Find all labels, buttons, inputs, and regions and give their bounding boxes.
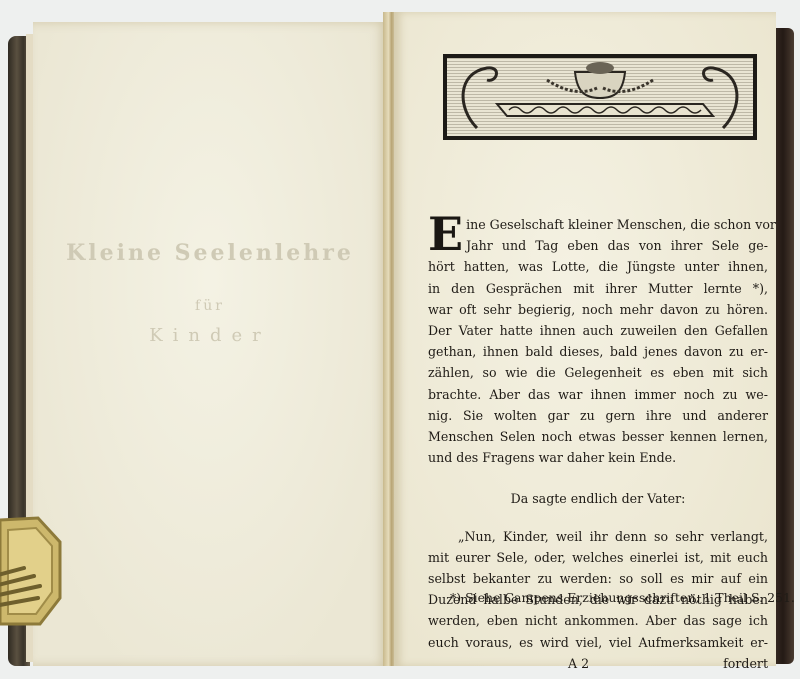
text-line: Jahr und Tag eben das von ihrer Sele ge- (428, 235, 768, 256)
signature-row: A 2 fordert (428, 653, 768, 674)
urn-icon (447, 58, 753, 136)
brass-clip-icon (0, 512, 66, 630)
text-line: war oft sehr begierig, noch mehr davon z… (428, 299, 768, 320)
text-line: ine Geselschaft kleiner Menschen, die sc… (428, 214, 768, 235)
centered-line: Da sagte endlich der Vater: (428, 488, 768, 509)
drop-cap: E (428, 214, 463, 254)
text-line: zählen, so wie die Gelegenheit es eben m… (428, 362, 768, 383)
text-line: Menschen Selen noch etwas besser kennen … (428, 426, 768, 447)
text-line: gethan, ihnen bald dieses, bald jenes da… (428, 341, 768, 362)
quote-line: werden, eben nicht ankommen. Aber das sa… (428, 610, 768, 631)
signature-mark: A 2 (568, 653, 589, 674)
text-line: hört hatten, was Lotte, die Jüngste unte… (428, 256, 768, 277)
text-line: nig. Sie wolten gar zu gern ihre und and… (428, 405, 768, 426)
catchword: fordert (723, 653, 768, 674)
quote-line: „Nun, Kinder, weil ihr denn so sehr verl… (428, 526, 768, 547)
ornamental-urn-vignette (443, 54, 757, 140)
footnote: *) Siehe Campens Erziehungsschriften, 1 … (450, 590, 795, 605)
text-line: und des Fragens war daher kein Ende. (428, 447, 768, 468)
text-line: brachte. Aber das war ihnen immer noch z… (428, 384, 768, 405)
text-line: in den Gesprächen mit ihrer Mutter lernt… (428, 278, 768, 299)
quote-line: mit eurer Sele, oder, welches einerlei i… (428, 547, 768, 568)
ghost-title: Kleine Seelenlehre (33, 240, 387, 266)
quote-line: euch voraus, es wird viel, viel Aufmerks… (428, 632, 768, 653)
text-line: Der Vater hatte ihnen auch zuweilen den … (428, 320, 768, 341)
quote-line: selbst bekanter zu werden: so soll es mi… (428, 568, 768, 589)
ghost-subtitle: Kinder (33, 325, 387, 346)
ghost-fur: für (33, 298, 387, 314)
text-block: E ine Geselschaft kleiner Menschen, die … (428, 214, 768, 674)
